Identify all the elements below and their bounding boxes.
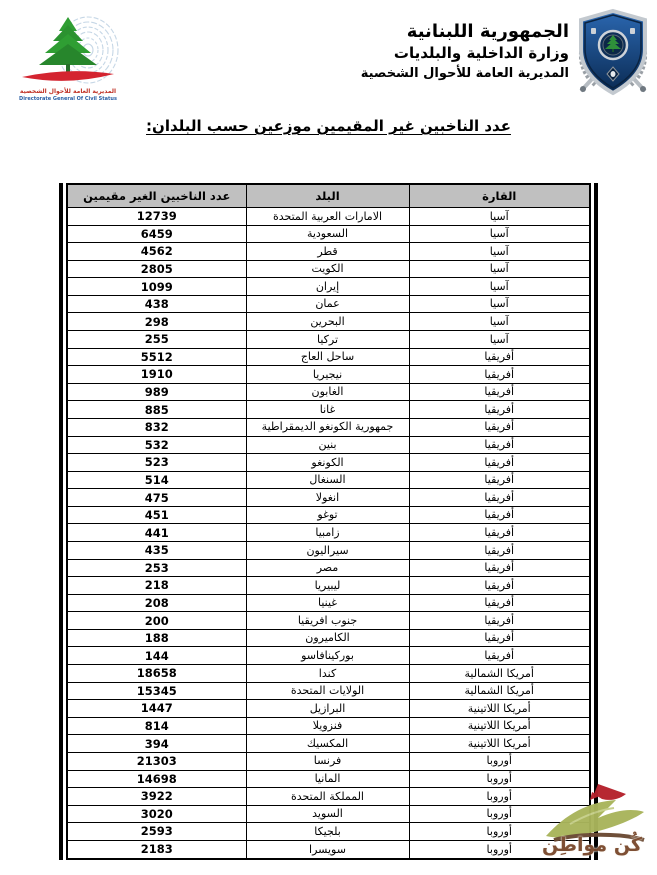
- org-line-republic: الجمهورية اللبنانية: [361, 20, 569, 43]
- cell-country: غينيا: [246, 594, 409, 612]
- table-row: أفريقيامصر253: [67, 559, 590, 577]
- cell-continent: آسيا: [409, 208, 590, 226]
- cell-continent: آسيا: [409, 225, 590, 243]
- cell-count: 814: [67, 717, 246, 735]
- cell-continent: أمريكا الشمالية: [409, 665, 590, 683]
- cell-continent: أفريقيا: [409, 629, 590, 647]
- cell-country: الولايات المتحدة: [246, 682, 409, 700]
- cell-continent: أوروبا: [409, 752, 590, 770]
- cell-country: جمهورية الكونغو الديمقراطية: [246, 418, 409, 436]
- cell-continent: أفريقيا: [409, 366, 590, 384]
- cell-count: 15345: [67, 682, 246, 700]
- cell-continent: أفريقيا: [409, 541, 590, 559]
- cell-count: 2805: [67, 260, 246, 278]
- table-row: أوروباالسويد3020: [67, 805, 590, 823]
- table-row: أفريقياالغابون989: [67, 383, 590, 401]
- table-row: أفريقياسيراليون435: [67, 541, 590, 559]
- cell-country: السنغال: [246, 471, 409, 489]
- header-count: عدد الناخبين الغير مقيمين: [67, 184, 246, 208]
- table-row: آسياالامارات العربية المتحدة12739: [67, 208, 590, 226]
- cell-country: الكاميرون: [246, 629, 409, 647]
- right-rule: [594, 183, 598, 860]
- cell-continent: أفريقيا: [409, 471, 590, 489]
- cell-country: ساحل العاج: [246, 348, 409, 366]
- cell-continent: أفريقيا: [409, 577, 590, 595]
- cell-count: 5512: [67, 348, 246, 366]
- cell-country: بلجيكا: [246, 823, 409, 841]
- cell-continent: أمريكا اللاتينية: [409, 735, 590, 753]
- cell-country: كندا: [246, 665, 409, 683]
- cell-country: الكويت: [246, 260, 409, 278]
- cell-count: 2183: [67, 840, 246, 859]
- cell-country: سويسرا: [246, 840, 409, 859]
- cell-count: 3922: [67, 788, 246, 806]
- table-row: أفريقيابنين532: [67, 436, 590, 454]
- cell-continent: آسيا: [409, 295, 590, 313]
- ministry-shield-icon: [575, 7, 651, 97]
- cell-country: الكونغو: [246, 454, 409, 472]
- table-row: أفريقياغينيا208: [67, 594, 590, 612]
- table-row: أفريقياجنوب افريقيا200: [67, 612, 590, 630]
- cell-country: انغولا: [246, 489, 409, 507]
- cell-country: المملكة المتحدة: [246, 788, 409, 806]
- header-continent: القارة: [409, 184, 590, 208]
- cell-count: 441: [67, 524, 246, 542]
- table-row: آسياإيران1099: [67, 278, 590, 296]
- cell-count: 298: [67, 313, 246, 331]
- cell-country: جنوب افريقيا: [246, 612, 409, 630]
- table-row: أمريكا اللاتينيةالبرازيل1447: [67, 700, 590, 718]
- cell-count: 438: [67, 295, 246, 313]
- cell-continent: آسيا: [409, 278, 590, 296]
- cell-count: 208: [67, 594, 246, 612]
- cell-country: سيراليون: [246, 541, 409, 559]
- table-row: أمريكا الشماليةكندا18658: [67, 665, 590, 683]
- cell-count: 832: [67, 418, 246, 436]
- cell-count: 1447: [67, 700, 246, 718]
- table-row: أفريقياليبيريا218: [67, 577, 590, 595]
- cell-continent: أفريقيا: [409, 647, 590, 665]
- table-row: أمريكا الشماليةالولايات المتحدة15345: [67, 682, 590, 700]
- cell-count: 12739: [67, 208, 246, 226]
- cell-count: 2593: [67, 823, 246, 841]
- cell-continent: أفريقيا: [409, 524, 590, 542]
- cell-count: 3020: [67, 805, 246, 823]
- cell-country: عمان: [246, 295, 409, 313]
- left-rule: [59, 183, 63, 860]
- org-header: الجمهورية اللبنانية وزارة الداخلية والبل…: [361, 20, 569, 83]
- cell-country: السعودية: [246, 225, 409, 243]
- cell-continent: أفريقيا: [409, 436, 590, 454]
- table-row: أمريكا اللاتينيةالمكسيك394: [67, 735, 590, 753]
- cell-count: 1099: [67, 278, 246, 296]
- cell-count: 475: [67, 489, 246, 507]
- table-row: أفريقياالسنغال514: [67, 471, 590, 489]
- table-row: أوروبافرنسا21303: [67, 752, 590, 770]
- cell-country: بنين: [246, 436, 409, 454]
- cell-country: بوركينافاسو: [246, 647, 409, 665]
- cell-country: توغو: [246, 506, 409, 524]
- table-row: أوروبابلجيكا2593: [67, 823, 590, 841]
- cell-count: 18658: [67, 665, 246, 683]
- cell-count: 523: [67, 454, 246, 472]
- cell-country: غانا: [246, 401, 409, 419]
- table-row: أفريقياساحل العاج5512: [67, 348, 590, 366]
- cell-count: 144: [67, 647, 246, 665]
- table-header: القارة البلد عدد الناخبين الغير مقيمين: [67, 184, 590, 208]
- table-row: آسياقطر4562: [67, 243, 590, 261]
- cell-country: قطر: [246, 243, 409, 261]
- cell-country: إيران: [246, 278, 409, 296]
- cell-count: 435: [67, 541, 246, 559]
- cell-country: زامبيا: [246, 524, 409, 542]
- cedar-fingerprint-icon: [16, 14, 120, 88]
- cell-continent: أفريقيا: [409, 418, 590, 436]
- table-row: أوروباسويسرا2183: [67, 840, 590, 859]
- cell-count: 255: [67, 331, 246, 349]
- cell-continent: أفريقيا: [409, 612, 590, 630]
- table-row: أفريقيازامبيا441: [67, 524, 590, 542]
- cell-continent: أمريكا اللاتينية: [409, 717, 590, 735]
- cell-continent: أفريقيا: [409, 454, 590, 472]
- table-row: أمريكا اللاتينيةفنزويلا814: [67, 717, 590, 735]
- cell-continent: أمريكا اللاتينية: [409, 700, 590, 718]
- cell-continent: أفريقيا: [409, 506, 590, 524]
- cell-country: تركيا: [246, 331, 409, 349]
- cell-count: 532: [67, 436, 246, 454]
- civil-status-caption-ar: المديرية العامة للأحوال الشخصية: [16, 88, 120, 95]
- watermark-kon-mouaten: كُن مواطِن: [540, 778, 657, 875]
- cell-count: 6459: [67, 225, 246, 243]
- cell-continent: أفريقيا: [409, 559, 590, 577]
- table-row: آسياالبحرين298: [67, 313, 590, 331]
- cell-continent: آسيا: [409, 331, 590, 349]
- cell-country: الغابون: [246, 383, 409, 401]
- cell-count: 14698: [67, 770, 246, 788]
- cell-continent: أمريكا الشمالية: [409, 682, 590, 700]
- cell-country: البرازيل: [246, 700, 409, 718]
- org-line-ministry: وزارة الداخلية والبلديات: [361, 43, 569, 64]
- cell-country: فرنسا: [246, 752, 409, 770]
- cell-continent: أفريقيا: [409, 383, 590, 401]
- cell-count: 253: [67, 559, 246, 577]
- cell-count: 514: [67, 471, 246, 489]
- table-row: آسياالكويت2805: [67, 260, 590, 278]
- cell-count: 989: [67, 383, 246, 401]
- watermark-text: كُن مواطِن: [540, 834, 644, 856]
- cell-country: المكسيك: [246, 735, 409, 753]
- table-row: آسياتركيا255: [67, 331, 590, 349]
- cell-count: 200: [67, 612, 246, 630]
- page-title: عدد الناخبين غير المقيمين موزعين حسب الب…: [0, 116, 657, 135]
- cell-count: 4562: [67, 243, 246, 261]
- civil-status-logo: المديرية العامة للأحوال الشخصية Director…: [16, 14, 120, 114]
- document-page: المديرية العامة للأحوال الشخصية Director…: [0, 0, 657, 875]
- table-row: أفريقياالكاميرون188: [67, 629, 590, 647]
- cell-count: 1910: [67, 366, 246, 384]
- cell-count: 188: [67, 629, 246, 647]
- cell-continent: أفريقيا: [409, 594, 590, 612]
- cell-country: ليبيريا: [246, 577, 409, 595]
- civil-status-caption-en: Directorate General Of Civil Status: [16, 96, 120, 102]
- table-row: أفريقيانيجيريا1910: [67, 366, 590, 384]
- cell-continent: آسيا: [409, 243, 590, 261]
- cell-country: نيجيريا: [246, 366, 409, 384]
- voters-table: القارة البلد عدد الناخبين الغير مقيمين آ…: [66, 183, 591, 860]
- cell-country: المانيا: [246, 770, 409, 788]
- cell-continent: أفريقيا: [409, 489, 590, 507]
- cell-country: الامارات العربية المتحدة: [246, 208, 409, 226]
- table-row: أفريقياانغولا475: [67, 489, 590, 507]
- cell-count: 218: [67, 577, 246, 595]
- table-row: أوروباالمملكة المتحدة3922: [67, 788, 590, 806]
- cell-continent: آسيا: [409, 313, 590, 331]
- table-row: أفريقياتوغو451: [67, 506, 590, 524]
- table-row: أفريقيابوركينافاسو144: [67, 647, 590, 665]
- cell-count: 21303: [67, 752, 246, 770]
- table-row: آسياالسعودية6459: [67, 225, 590, 243]
- watermark-cedar-icon: [540, 778, 657, 875]
- cell-country: البحرين: [246, 313, 409, 331]
- cell-country: فنزويلا: [246, 717, 409, 735]
- cell-continent: أفريقيا: [409, 401, 590, 419]
- table-row: أوروباالمانيا14698: [67, 770, 590, 788]
- table-body: آسياالامارات العربية المتحدة12739آسياالس…: [67, 208, 590, 860]
- cell-country: مصر: [246, 559, 409, 577]
- cell-count: 451: [67, 506, 246, 524]
- table-row: أفريقياجمهورية الكونغو الديمقراطية832: [67, 418, 590, 436]
- cell-count: 885: [67, 401, 246, 419]
- cell-continent: آسيا: [409, 260, 590, 278]
- cell-country: السويد: [246, 805, 409, 823]
- table-row: أفريقياالكونغو523: [67, 454, 590, 472]
- table-row: أفريقياغانا885: [67, 401, 590, 419]
- cell-count: 394: [67, 735, 246, 753]
- table-row: آسياعمان438: [67, 295, 590, 313]
- org-line-directorate: المديرية العامة للأحوال الشخصية: [361, 64, 569, 83]
- header-country: البلد: [246, 184, 409, 208]
- cell-continent: أفريقيا: [409, 348, 590, 366]
